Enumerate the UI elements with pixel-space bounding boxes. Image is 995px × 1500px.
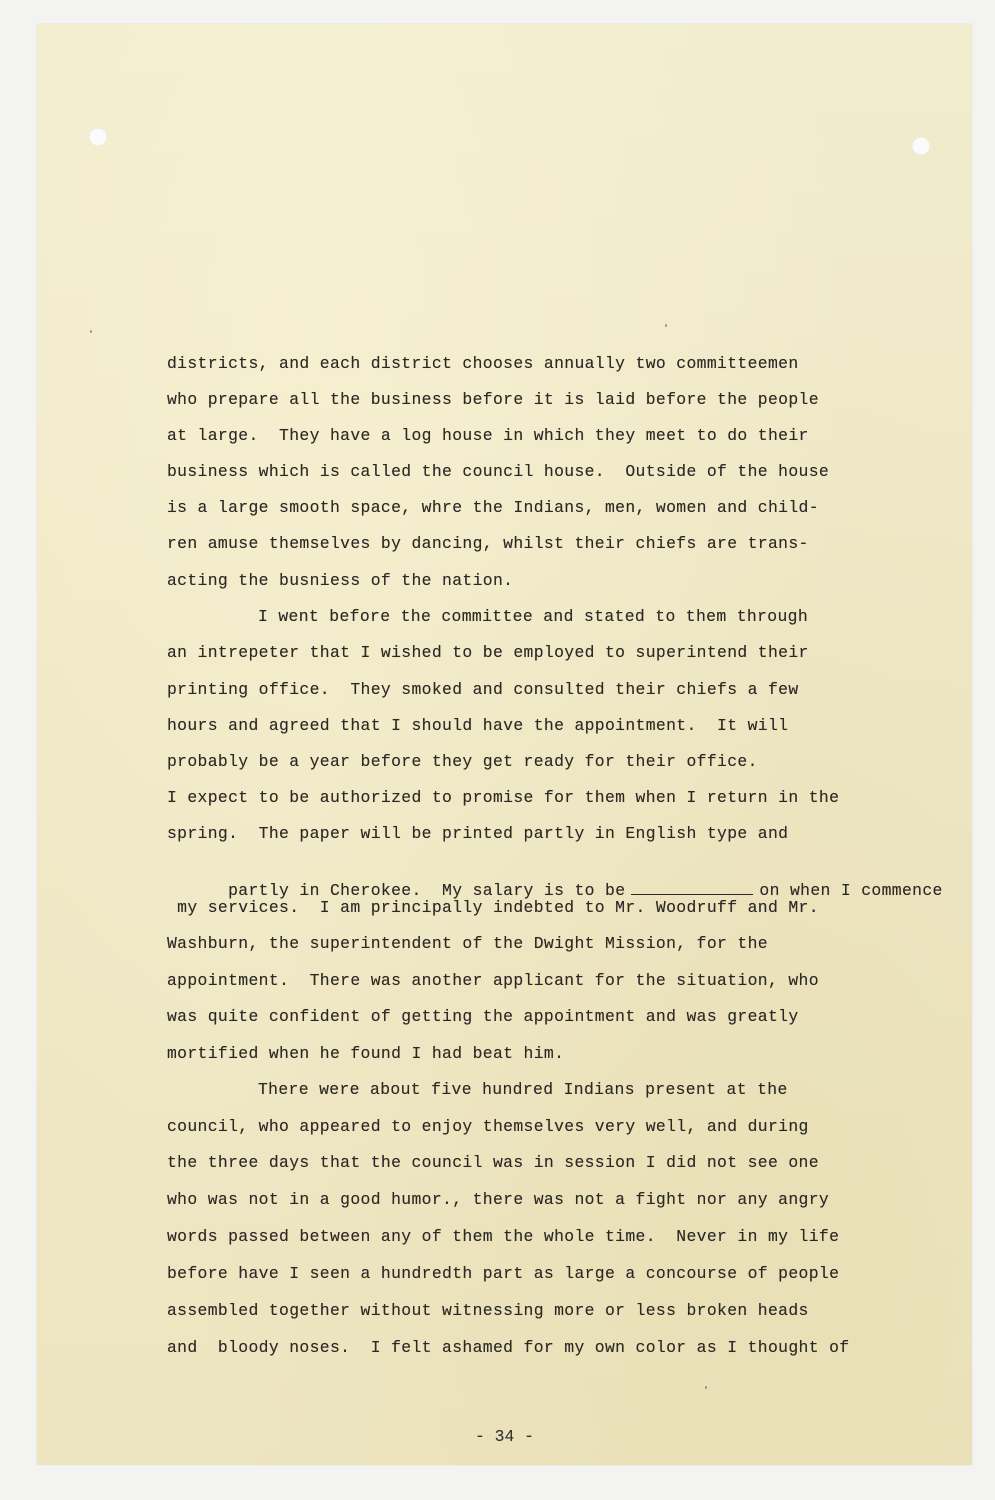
page-number: - 34 -: [37, 1427, 972, 1446]
text-line: before have I seen a hundredth part as l…: [167, 1264, 839, 1284]
text-line: council, who appeared to enjoy themselve…: [167, 1117, 809, 1137]
text-line: I went before the committee and stated t…: [258, 607, 808, 627]
text-line: who prepare all the business before it i…: [167, 390, 819, 410]
text-line: spring. The paper will be printed partly…: [167, 824, 788, 844]
text-line: printing office. They smoked and consult…: [167, 680, 799, 700]
text-line: assembled together without witnessing mo…: [167, 1301, 809, 1321]
text-line: was quite confident of getting the appoi…: [167, 1007, 799, 1027]
text-line: acting the busniess of the nation.: [167, 571, 513, 591]
text-line: hours and agreed that I should have the …: [167, 716, 788, 736]
text-line: is a large smooth space, whre the Indian…: [167, 498, 819, 518]
document-body: districts, and each district chooses ann…: [37, 24, 972, 1465]
text-line: and bloody noses. I felt ashamed for my …: [167, 1338, 849, 1358]
salary-blank-field: [631, 882, 753, 895]
text-line: I expect to be authorized to promise for…: [167, 788, 839, 808]
text-line: an intrepeter that I wished to be employ…: [167, 643, 809, 663]
text-line: business which is called the council hou…: [167, 462, 829, 482]
text-line: at large. They have a log house in which…: [167, 426, 809, 446]
text-line: There were about five hundred Indians pr…: [258, 1080, 788, 1100]
text-line: mortified when he found I had beat him.: [167, 1044, 564, 1064]
text-line: ren amuse themselves by dancing, whilst …: [167, 534, 809, 554]
text-line: my services. I am principally indebted t…: [167, 898, 819, 918]
text-line: Washburn, the superintendent of the Dwig…: [167, 934, 768, 954]
text-line: appointment. There was another applicant…: [167, 971, 819, 991]
typewritten-page: districts, and each district chooses ann…: [37, 24, 972, 1465]
text-line: probably be a year before they get ready…: [167, 752, 758, 772]
text-line: the three days that the council was in s…: [167, 1153, 819, 1173]
text-line: who was not in a good humor., there was …: [167, 1190, 829, 1210]
text-line: districts, and each district chooses ann…: [167, 354, 799, 374]
text-line: words passed between any of them the who…: [167, 1227, 839, 1247]
